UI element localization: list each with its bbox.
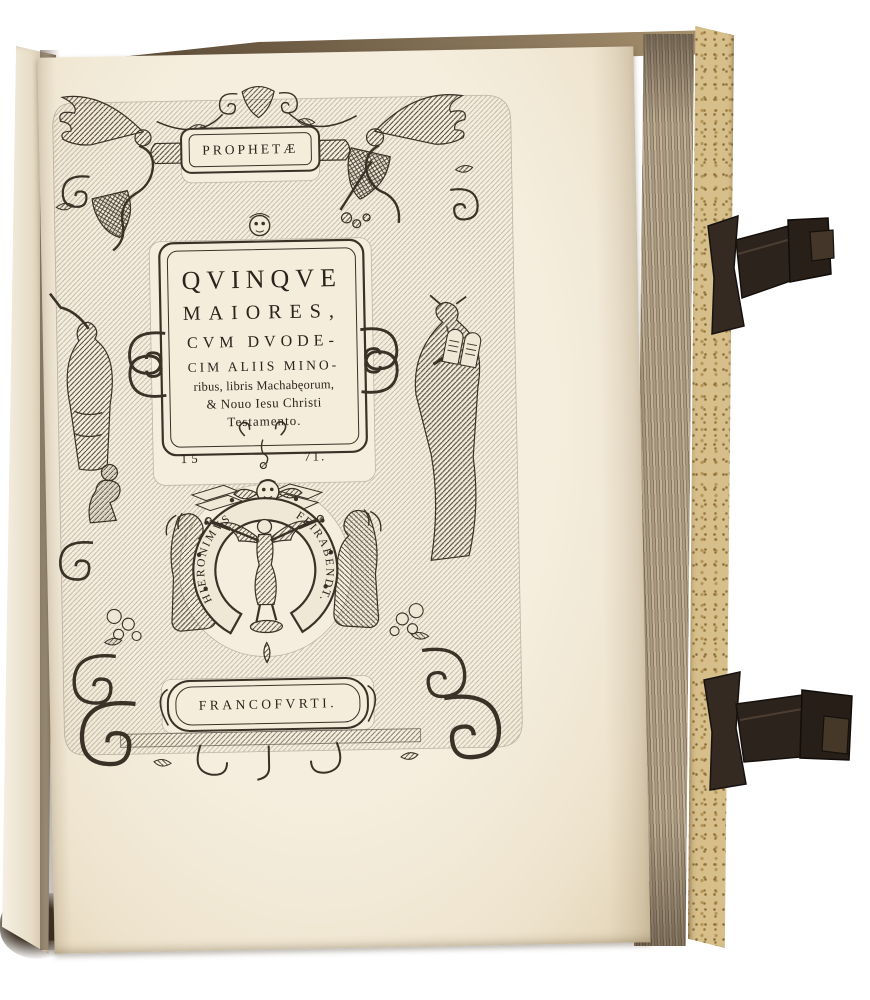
strapwork-band: HIERONIMVS FEIRABENDT. <box>46 82 523 784</box>
header-cartouche-label: PROPHETÆ <box>181 132 320 167</box>
imprint-label: FRANCOFVRTI. <box>176 689 361 721</box>
title-line: CVM DVODE- <box>167 332 359 354</box>
title-line: ribus, libris Machabęorum, <box>168 377 360 396</box>
clasp-top <box>700 208 835 338</box>
clasp-bottom <box>698 666 860 796</box>
date-left: 15 <box>165 450 217 467</box>
woodcut-border: HIERONIMVS FEIRABENDT. <box>37 46 650 953</box>
title-line: MAIORES, <box>166 300 358 327</box>
title-line: & Nouo Iesu Christi <box>168 394 360 414</box>
title-page-leaf: HIERONIMVS FEIRABENDT. <box>37 46 650 953</box>
date-right: 71. <box>289 448 341 465</box>
cover-board-edge <box>688 26 734 948</box>
title-line: CIM ALIIS MINO- <box>167 357 359 377</box>
title-block: QVINQVE MAIORES, CVM DVODE- CIM ALIIS MI… <box>165 263 360 432</box>
photo-stage: HIERONIMVS FEIRABENDT. <box>0 0 870 1000</box>
printer-device-medallion: HIERONIMVS FEIRABENDT. <box>192 496 339 664</box>
title-line: QVINQVE <box>165 263 358 297</box>
